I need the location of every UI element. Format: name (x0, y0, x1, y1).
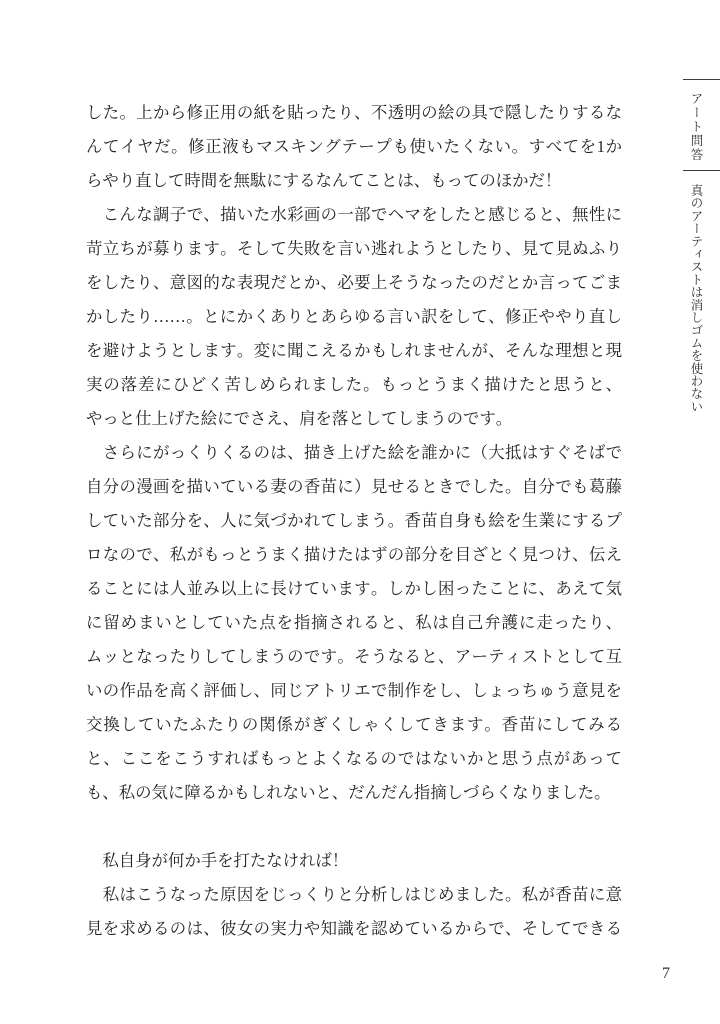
paragraph: さらにがっくりくるのは、描き上げた絵を誰かに（大抵はすぐそばで自分の漫画を描いて… (86, 436, 622, 810)
section-divider-rule-mid (683, 170, 720, 171)
body-line: 自分の漫画を描いている妻の香苗に）見せるときでした。自分でも葛藤 (86, 470, 622, 504)
body-line: 実の落差にひどく苦しめられました。もっとうまく描けたと思うと、 (86, 368, 622, 402)
body-line: をしたり、意図的な表現だとか、必要上そうなったのだとか言ってごま (86, 266, 622, 300)
body-line: した。上から修正用の紙を貼ったり、不透明の絵の具で隠したりするな (86, 96, 622, 130)
body-line: していた部分を、人に気づかれてしまう。香苗自身も絵を生業にするプ (86, 504, 622, 538)
body-line: んてイヤだ。修正液もマスキングテープも使いたくない。すべてを1か (86, 130, 622, 164)
body-line: ロなので、私がもっとうまく描けたはずの部分を目ざとく見つけ、伝え (86, 538, 622, 572)
running-head-article-title: 真のアーティストは消しゴムを使わない (687, 184, 705, 413)
body-line: やっと仕上げた絵にでさえ、肩を落としてしまうのです。 (86, 402, 622, 436)
body-text: した。上から修正用の紙を貼ったり、不透明の絵の具で隠したりするなんてイヤだ。修正… (86, 96, 622, 946)
body-line: 交換していたふたりの関係がぎくしゃくしてきます。香苗にしてみる (86, 708, 622, 742)
body-line: こんな調子で、描いた水彩画の一部でヘマをしたと感じると、無性に (86, 198, 622, 232)
body-line: かしたり……。とにかくありとあらゆる言い訳をして、修正ややり直し (86, 300, 622, 334)
book-page: した。上から修正用の紙を貼ったり、不透明の絵の具で隠したりするなんてイヤだ。修正… (0, 0, 720, 1024)
page-number: 7 (662, 965, 670, 983)
body-line: らやり直して時間を無駄にするなんてことは、もってのほかだ！ (86, 164, 622, 198)
paragraph: 私はこうなった原因をじっくりと分析しはじめました。私が香苗に意見を求めるのは、彼… (86, 878, 622, 946)
body-line: ることには人並み以上に長けています。しかし困ったことに、あえて気 (86, 572, 622, 606)
body-line: さらにがっくりくるのは、描き上げた絵を誰かに（大抵はすぐそばで (86, 436, 622, 470)
section-divider-rule-top (683, 79, 720, 80)
body-line: いの作品を高く評価し、同じアトリエで制作をし、しょっちゅう意見を (86, 674, 622, 708)
body-line: 私自身が何か手を打たなければ！ (86, 844, 622, 878)
body-line: 私はこうなった原因をじっくりと分析しはじめました。私が香苗に意 (86, 878, 622, 912)
body-line: も、私の気に障るかもしれないと、だんだん指摘しづらくなりました。 (86, 776, 622, 810)
body-line: と、ここをこうすればもっとよくなるのではないかと思う点があって (86, 742, 622, 776)
paragraph: 私自身が何か手を打たなければ！ (86, 844, 622, 878)
running-head-section: アート問答 (687, 92, 705, 162)
body-line: を避けようとします。変に聞こえるかもしれませんが、そんな理想と現 (86, 334, 622, 368)
body-line: ムッとなったりしてしまうのです。そうなると、アーティストとして互 (86, 640, 622, 674)
body-line: に留めまいとしていた点を指摘されると、私は自己弁護に走ったり、 (86, 606, 622, 640)
paragraph: した。上から修正用の紙を貼ったり、不透明の絵の具で隠したりするなんてイヤだ。修正… (86, 96, 622, 198)
body-line: 苛立ちが募ります。そして失敗を言い逃れようとしたり、見て見ぬふり (86, 232, 622, 266)
paragraph: こんな調子で、描いた水彩画の一部でヘマをしたと感じると、無性に苛立ちが募ります。… (86, 198, 622, 436)
body-line: 見を求めるのは、彼女の実力や知識を認めているからで、そしてできる (86, 912, 622, 946)
